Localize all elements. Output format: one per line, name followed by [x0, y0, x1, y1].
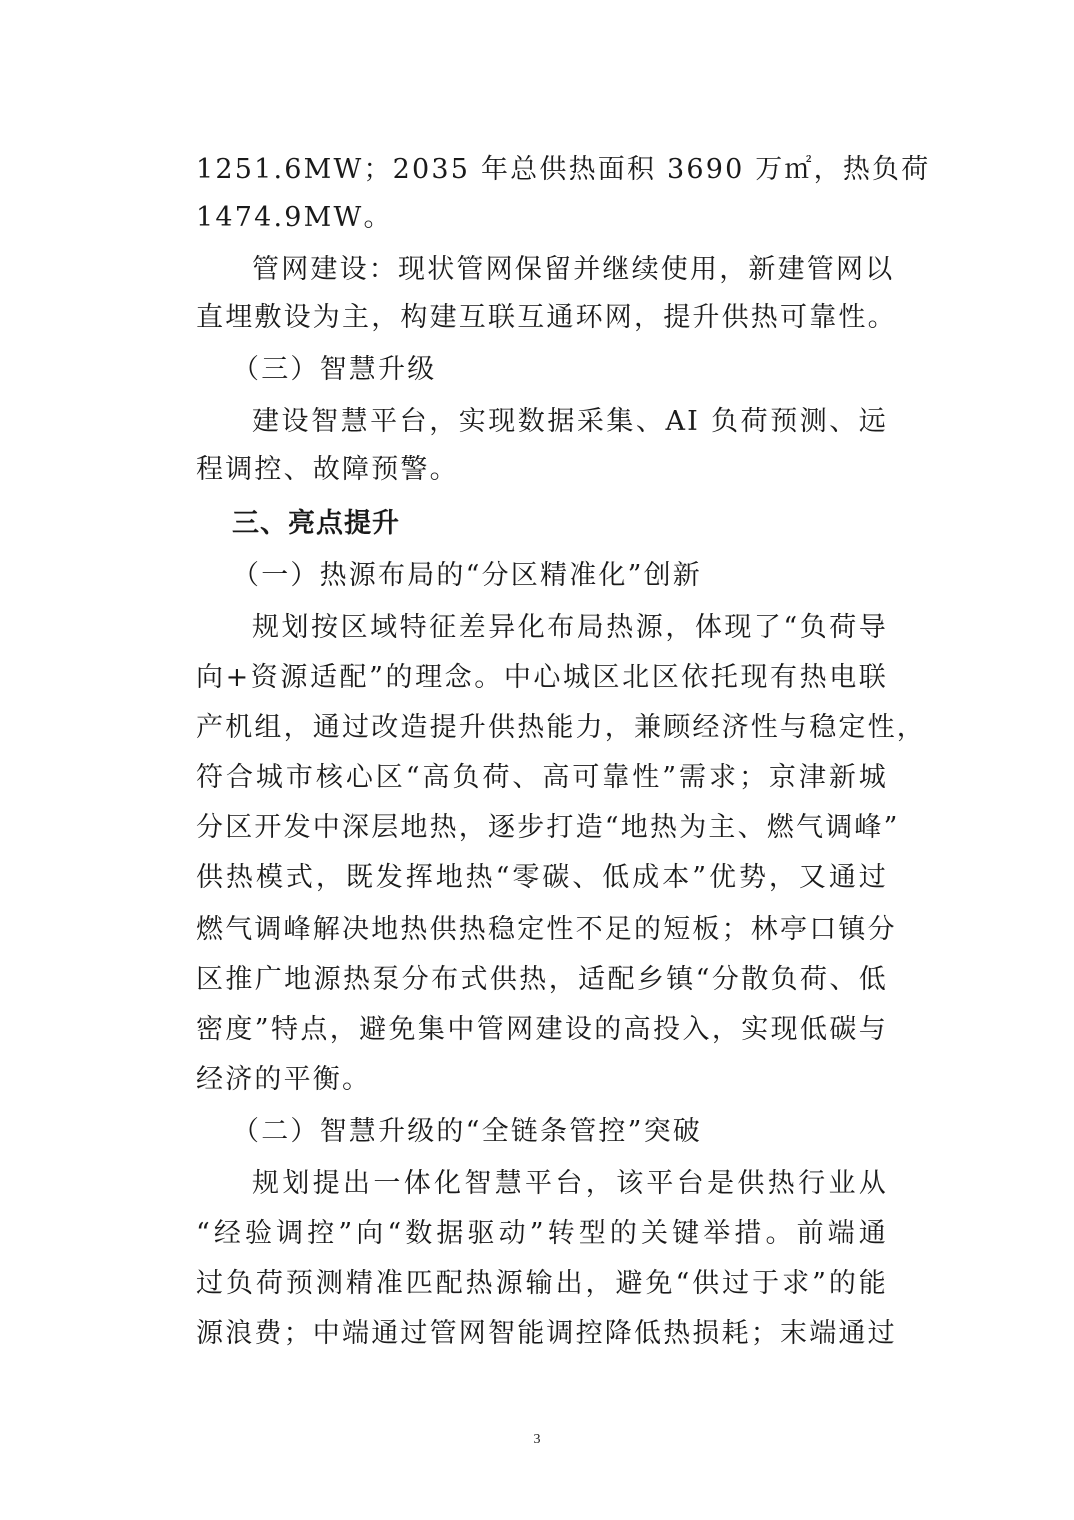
document-page: 1251.6MW；2035 年总供热面积 3690 万㎡，热负荷 1474.9M… [0, 0, 1074, 1520]
smart-upgrade-paragraph-line: 程调控、故障预警。 [196, 452, 888, 488]
heat-source-paragraph-line: 产机组，通过改造提升供热能力，兼顾经济性与稳定性， [196, 710, 888, 746]
smart-chain-paragraph-line: 规划提出一体化智慧平台，该平台是供热行业从 [252, 1166, 888, 1202]
section-heading-smart-upgrade: （三）智慧升级 [232, 352, 436, 388]
smart-upgrade-paragraph-line: 建设智慧平台，实现数据采集、AI 负荷预测、远 [252, 404, 888, 440]
heat-source-paragraph-line: 经济的平衡。 [196, 1062, 888, 1098]
smart-chain-paragraph-line: 源浪费；中端通过管网智能调控降低热损耗；末端通过 [196, 1316, 888, 1352]
heat-source-paragraph-line: 密度”特点，避免集中管网建设的高投入，实现低碳与 [196, 1012, 888, 1048]
heat-source-paragraph-line: 区推广地源热泵分布式供热，适配乡镇“分散负荷、低 [196, 962, 888, 998]
subsection-heading-heat-source-layout: （一）热源布局的“分区精准化”创新 [232, 558, 702, 594]
heat-source-paragraph-line: 供热模式，既发挥地热“零碳、低成本”优势，又通过 [196, 860, 888, 896]
heat-source-paragraph-line: 符合城市核心区“高负荷、高可靠性”需求；京津新城 [196, 760, 888, 796]
page-number: 3 [0, 1432, 1074, 1448]
smart-chain-paragraph-line: “经验调控”向“数据驱动”转型的关键举措。前端通 [196, 1216, 888, 1252]
heat-source-paragraph-line: 燃气调峰解决地热供热稳定性不足的短板；林亭口镇分 [196, 912, 888, 948]
heat-source-paragraph-line: 向+资源适配”的理念。中心城区北区依托现有热电联 [196, 660, 888, 696]
heat-source-paragraph-line: 规划按区域特征差异化布局热源，体现了“负荷导 [252, 610, 888, 646]
heat-source-paragraph-line: 分区开发中深层地热，逐步打造“地热为主、燃气调峰” [196, 810, 888, 846]
subsection-heading-smart-chain-control: （二）智慧升级的“全链条管控”突破 [232, 1114, 702, 1150]
body-line: 1251.6MW；2035 年总供热面积 3690 万㎡，热负荷 [196, 152, 888, 188]
pipe-network-paragraph-line: 直埋敷设为主，构建互联互通环网，提升供热可靠性。 [196, 300, 888, 336]
body-line: 1474.9MW。 [196, 200, 888, 236]
pipe-network-paragraph-line: 管网建设：现状管网保留并继续使用，新建管网以 [252, 252, 888, 288]
smart-chain-paragraph-line: 过负荷预测精准匹配热源输出，避免“供过于求”的能 [196, 1266, 888, 1302]
section-heading-highlights: 三、亮点提升 [232, 506, 400, 542]
